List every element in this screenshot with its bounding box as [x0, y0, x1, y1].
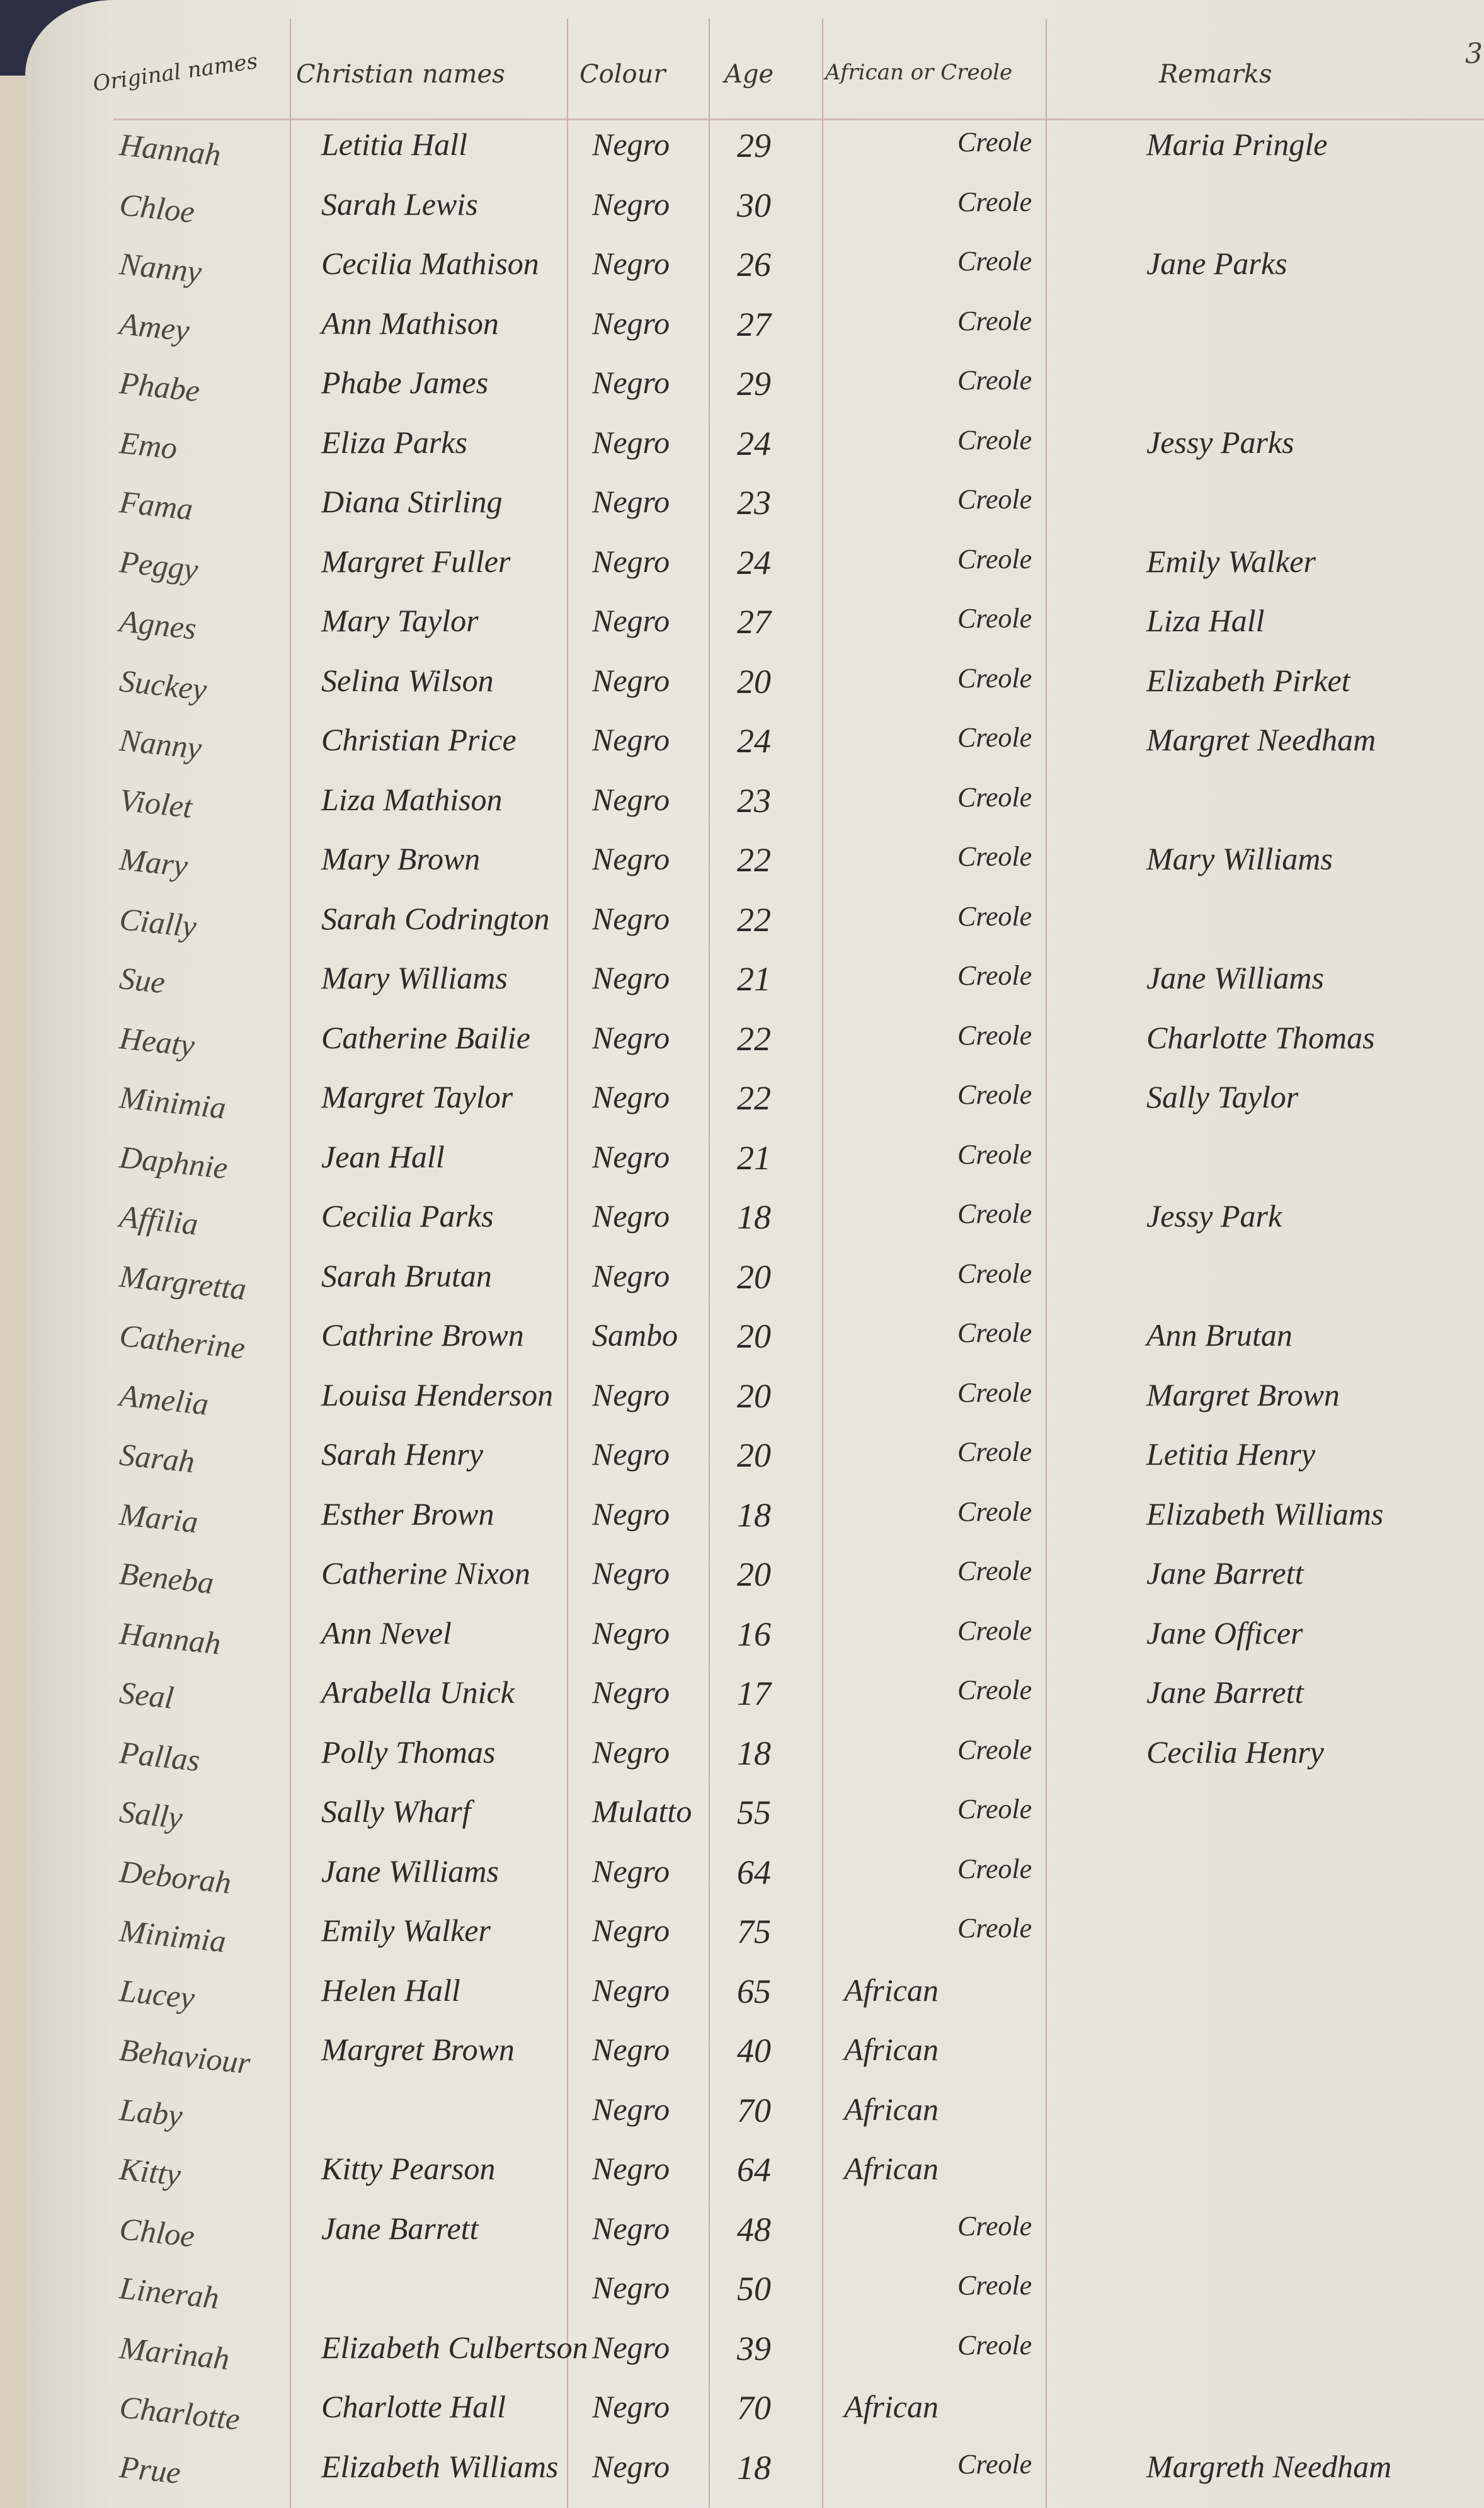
colour-cell: Negro	[592, 1972, 670, 2008]
age-cell: 17	[737, 1674, 771, 1713]
colour-cell: Negro	[592, 959, 670, 996]
age-cell: 50	[737, 2269, 771, 2308]
original-name-cell: Nanny	[118, 721, 203, 766]
age-cell: 22	[737, 840, 771, 879]
colour-cell: Negro	[592, 1436, 670, 1472]
colour-cell: Negro	[592, 1138, 670, 1175]
table-row: FamaDiana StirlingNegro23Creole	[25, 483, 1484, 532]
age-cell: 20	[737, 662, 771, 701]
table-row: PallasPolly ThomasNegro18CreoleCecilia H…	[25, 1734, 1484, 1783]
original-name-cell: Sally	[118, 1793, 184, 1836]
original-name-cell: Hannah	[118, 1615, 222, 1662]
african-or-creole-cell: African	[844, 2091, 939, 2127]
christian-name-cell: Catherine Bailie	[321, 1019, 530, 1056]
table-row: LinerahNegro50Creole	[25, 2269, 1484, 2318]
table-row: AffiliaCecilia ParksNegro18CreoleJessy P…	[25, 1198, 1484, 1247]
table-row: AgnesMary TaylorNegro27CreoleLiza Hall	[25, 602, 1484, 651]
african-or-creole-cell: Creole	[957, 1496, 1032, 1528]
christian-name-cell: Diana Stirling	[321, 483, 503, 520]
african-or-creole-cell: Creole	[957, 1317, 1032, 1349]
original-name-cell: Amey	[118, 305, 191, 348]
original-name-cell: Kitty	[118, 2150, 183, 2193]
age-cell: 18	[737, 1496, 771, 1535]
colour-cell: Negro	[592, 2269, 670, 2306]
african-or-creole-cell: Creole	[957, 1793, 1032, 1825]
african-or-creole-cell: Creole	[957, 1257, 1032, 1290]
remark-cell: Jane Williams	[1146, 959, 1324, 996]
colour-cell: Negro	[592, 1019, 670, 1056]
original-name-cell: Sue	[118, 959, 167, 1000]
colour-cell: Negro	[592, 1853, 670, 1889]
age-cell: 65	[737, 1972, 771, 2011]
remark-cell: Ann Brutan	[1146, 1317, 1293, 1353]
table-row: DaphnieJean HallNegro21Creole	[25, 1138, 1484, 1188]
age-cell: 20	[737, 1257, 771, 1297]
table-row: MargrettaSarah BrutanNegro20Creole	[25, 1257, 1484, 1307]
age-cell: 18	[737, 1734, 771, 1773]
colour-cell: Negro	[592, 305, 670, 341]
table-row: DeborahJane WilliamsNegro64Creole	[25, 1853, 1484, 1902]
christian-name-cell: Esther Brown	[321, 1496, 494, 1532]
christian-name-cell: Sally Wharf	[321, 1793, 471, 1829]
african-or-creole-cell: African	[844, 2388, 939, 2425]
ledger-page: 3 Original names Christian names Colour …	[25, 0, 1484, 2508]
african-or-creole-cell: Creole	[957, 1019, 1032, 1051]
remark-cell: Jane Barrett	[1146, 1674, 1303, 1710]
african-or-creole-cell: Creole	[957, 2448, 1032, 2480]
table-row: SallySally WharfMulatto55Creole	[25, 1793, 1484, 1842]
original-name-cell: Hannah	[118, 126, 222, 173]
african-or-creole-cell: Creole	[957, 602, 1032, 634]
original-name-cell: Marinah	[118, 2329, 231, 2377]
colour-cell: Negro	[592, 424, 670, 461]
table-row: HeatyCatherine BailieNegro22CreoleCharlo…	[25, 1019, 1484, 1068]
table-row: LuceyHelen HallNegro65African	[25, 1972, 1484, 2021]
original-name-cell: Mary	[118, 840, 190, 884]
original-name-cell: Fama	[118, 483, 195, 527]
age-cell: 23	[737, 483, 771, 522]
original-name-cell: Maria	[118, 1496, 200, 1540]
christian-name-cell: Mary Williams	[321, 959, 508, 996]
age-cell: 20	[737, 1436, 771, 1475]
colour-cell: Negro	[592, 364, 670, 401]
original-name-cell: Amelia	[118, 1377, 210, 1422]
original-name-cell: Beneba	[118, 1555, 215, 1601]
age-cell: 55	[737, 1793, 771, 1832]
age-cell: 20	[737, 1555, 771, 1594]
colour-cell: Negro	[592, 1912, 670, 1949]
age-cell: 26	[737, 245, 771, 284]
christian-name-cell: Jane Williams	[321, 1853, 499, 1889]
african-or-creole-cell: Creole	[957, 840, 1032, 873]
christian-name-cell: Helen Hall	[321, 1972, 460, 2008]
christian-name-cell: Sarah Henry	[321, 1436, 483, 1472]
header-colour: Colour	[579, 60, 665, 117]
remark-cell: Cecilia Henry	[1146, 1734, 1324, 1770]
original-name-cell: Suckey	[118, 662, 208, 707]
header-christian-names: Christian names	[296, 60, 505, 117]
age-cell: 40	[737, 2031, 771, 2070]
original-name-cell: Peggy	[118, 543, 200, 588]
table-row: PhabePhabe JamesNegro29Creole	[25, 364, 1484, 413]
table-row: HannahAnn NevelNegro16CreoleJane Officer	[25, 1615, 1484, 1664]
christian-name-cell: Selina Wilson	[321, 662, 494, 699]
remark-cell: Letitia Henry	[1146, 1436, 1315, 1472]
christian-name-cell: Phabe James	[321, 364, 488, 401]
original-name-cell: Charlotte	[118, 2388, 242, 2437]
christian-name-cell: Sarah Lewis	[321, 186, 478, 222]
original-name-cell: Prue	[118, 2448, 183, 2491]
colour-cell: Negro	[592, 543, 670, 580]
original-name-cell: Phabe	[118, 364, 202, 409]
original-name-cell: Chloe	[118, 186, 197, 230]
christian-name-cell: Sarah Codrington	[321, 900, 550, 937]
table-row: CharlotteCharlotte HallNegro70African	[25, 2388, 1484, 2437]
table-row: PrueElizabeth WilliamsNegro18CreoleMargr…	[25, 2448, 1484, 2497]
colour-cell: Negro	[592, 1496, 670, 1532]
age-cell: 27	[737, 305, 771, 344]
table-row: HannahLetitia HallNegro29CreoleMaria Pri…	[25, 126, 1484, 175]
original-name-cell: Emo	[118, 424, 179, 466]
table-row: CatherineCathrine BrownSambo20CreoleAnn …	[25, 1317, 1484, 1366]
table-row: AmeliaLouisa HendersonNegro20CreoleMargr…	[25, 1377, 1484, 1426]
christian-name-cell: Mary Taylor	[321, 602, 479, 639]
colour-cell: Negro	[592, 1555, 670, 1591]
colour-cell: Negro	[592, 602, 670, 639]
remark-cell: Maria Pringle	[1146, 126, 1327, 163]
original-name-cell: Deborah	[118, 1853, 233, 1901]
table-row: SuckeySelina WilsonNegro20CreoleElizabet…	[25, 662, 1484, 711]
christian-name-cell: Cecilia Parks	[321, 1198, 494, 1234]
table-row: ChloeSarah LewisNegro30Creole	[25, 186, 1484, 235]
african-or-creole-cell: Creole	[957, 1674, 1032, 1706]
table-row: AmeyAnn MathisonNegro27Creole	[25, 305, 1484, 354]
table-row: MinimiaEmily WalkerNegro75Creole	[25, 1912, 1484, 1961]
christian-name-cell: Margret Fuller	[321, 543, 510, 580]
original-name-cell: Nanny	[118, 245, 203, 290]
age-cell: 70	[737, 2091, 771, 2130]
age-cell: 22	[737, 1019, 771, 1058]
header-age: Age	[724, 60, 773, 117]
remark-cell: Jane Barrett	[1146, 1555, 1303, 1591]
table-row: BenebaCatherine NixonNegro20CreoleJane B…	[25, 1555, 1484, 1604]
age-cell: 27	[737, 602, 771, 641]
african-or-creole-cell: Creole	[957, 1079, 1032, 1111]
original-name-cell: Minimia	[118, 1912, 228, 1959]
african-or-creole-cell: Creole	[957, 543, 1032, 575]
original-name-cell: Heaty	[118, 1019, 197, 1063]
african-or-creole-cell: African	[844, 2031, 939, 2068]
header-remarks: Remarks	[1159, 60, 1272, 117]
original-name-cell: Minimia	[118, 1079, 228, 1126]
african-or-creole-cell: Creole	[957, 1555, 1032, 1587]
christian-name-cell: Letitia Hall	[321, 126, 467, 163]
colour-cell: Negro	[592, 2210, 670, 2247]
original-name-cell: Cially	[118, 900, 198, 944]
christian-name-cell: Margret Brown	[321, 2031, 515, 2068]
remark-cell: Sally Taylor	[1146, 1079, 1298, 1115]
colour-cell: Negro	[592, 900, 670, 937]
age-cell: 24	[737, 543, 771, 582]
christian-name-cell: Ann Mathison	[321, 305, 499, 341]
age-cell: 29	[737, 364, 771, 403]
colour-cell: Negro	[592, 1377, 670, 1413]
african-or-creole-cell: Creole	[957, 2329, 1032, 2361]
african-or-creole-cell: Creole	[957, 2269, 1032, 2301]
african-or-creole-cell: Creole	[957, 305, 1032, 337]
age-cell: 18	[737, 2448, 771, 2487]
remark-cell: Emily Walker	[1146, 543, 1316, 580]
christian-name-cell: Emily Walker	[321, 1912, 491, 1949]
original-name-cell: Violet	[118, 781, 194, 825]
table-row: MariaEsther BrownNegro18CreoleElizabeth …	[25, 1496, 1484, 1545]
christian-name-cell: Sarah Brutan	[321, 1257, 492, 1294]
colour-cell: Negro	[592, 186, 670, 222]
table-row: ChloeJane BarrettNegro48Creole	[25, 2210, 1484, 2259]
header-original-names: Original names	[91, 49, 263, 128]
colour-cell: Negro	[592, 2388, 670, 2425]
age-cell: 30	[737, 186, 771, 225]
age-cell: 22	[737, 1079, 771, 1118]
age-cell: 20	[737, 1317, 771, 1356]
colour-cell: Mulatto	[592, 1793, 692, 1829]
colour-cell: Negro	[592, 840, 670, 877]
remark-cell: Charlotte Thomas	[1146, 1019, 1375, 1056]
remark-cell: Jane Officer	[1146, 1615, 1303, 1651]
african-or-creole-cell: Creole	[957, 126, 1032, 158]
age-cell: 64	[737, 2150, 771, 2189]
african-or-creole-cell: Creole	[957, 781, 1032, 813]
header-african-or-creole: African or Creole	[825, 60, 1012, 117]
age-cell: 24	[737, 721, 771, 760]
christian-name-cell: Elizabeth Williams	[321, 2448, 558, 2485]
table-row: PeggyMargret FullerNegro24CreoleEmily Wa…	[25, 543, 1484, 592]
colour-cell: Negro	[592, 2150, 670, 2187]
remark-cell: Margret Needham	[1146, 721, 1376, 758]
christian-name-cell: Charlotte Hall	[321, 2388, 506, 2425]
original-name-cell: Laby	[118, 2091, 185, 2134]
christian-name-cell: Polly Thomas	[321, 1734, 495, 1770]
remark-cell: Margret Brown	[1146, 1377, 1340, 1413]
colour-cell: Negro	[592, 1257, 670, 1294]
age-cell: 24	[737, 424, 771, 463]
african-or-creole-cell: Creole	[957, 662, 1032, 694]
christian-name-cell: Margret Taylor	[321, 1079, 513, 1115]
christian-name-cell: Jane Barrett	[321, 2210, 478, 2247]
african-or-creole-cell: African	[844, 1972, 939, 2008]
christian-name-cell: Jean Hall	[321, 1138, 445, 1175]
african-or-creole-cell: Creole	[957, 483, 1032, 515]
christian-name-cell: Liza Mathison	[321, 781, 503, 818]
age-cell: 75	[737, 1912, 771, 1951]
original-name-cell: Daphnie	[118, 1138, 229, 1186]
colour-cell: Negro	[592, 483, 670, 520]
original-name-cell: Margretta	[118, 1257, 248, 1307]
age-cell: 22	[737, 900, 771, 939]
age-cell: 64	[737, 1853, 771, 1892]
table-row: VioletLiza MathisonNegro23Creole	[25, 781, 1484, 830]
age-cell: 18	[737, 1198, 771, 1237]
african-or-creole-cell: Creole	[957, 900, 1032, 932]
african-or-creole-cell: Creole	[957, 1377, 1032, 1409]
christian-name-cell: Ann Nevel	[321, 1615, 452, 1651]
christian-name-cell: Arabella Unick	[321, 1674, 515, 1710]
remark-cell: Jessy Park	[1146, 1198, 1282, 1234]
colour-cell: Negro	[592, 2091, 670, 2127]
colour-cell: Negro	[592, 662, 670, 699]
remark-cell: Margreth Needham	[1146, 2448, 1391, 2485]
african-or-creole-cell: African	[844, 2150, 939, 2187]
original-name-cell: Linerah	[118, 2269, 221, 2316]
colour-cell: Negro	[592, 1198, 670, 1234]
age-cell: 39	[737, 2329, 771, 2368]
christian-name-cell: Kitty Pearson	[321, 2150, 495, 2187]
table-row: NannyChristian PriceNegro24CreoleMargret…	[25, 721, 1484, 770]
colour-cell: Negro	[592, 245, 670, 282]
african-or-creole-cell: Creole	[957, 424, 1032, 456]
african-or-creole-cell: Creole	[957, 1853, 1032, 1885]
table-row: LabyNegro70African	[25, 2091, 1484, 2140]
colour-cell: Negro	[592, 1079, 670, 1115]
original-name-cell: Catherine	[118, 1317, 247, 1366]
original-name-cell: Lucey	[118, 1972, 197, 2016]
african-or-creole-cell: Creole	[957, 1912, 1032, 1944]
original-name-cell: Behaviour	[118, 2031, 252, 2081]
age-cell: 21	[737, 959, 771, 999]
remark-cell: Mary Williams	[1146, 840, 1333, 877]
african-or-creole-cell: Creole	[957, 1734, 1032, 1766]
age-cell: 21	[737, 1138, 771, 1177]
african-or-creole-cell: Creole	[957, 1138, 1032, 1171]
age-cell: 23	[737, 781, 771, 820]
colour-cell: Negro	[592, 1615, 670, 1651]
colour-cell: Negro	[592, 2448, 670, 2485]
remark-cell: Elizabeth Pirket	[1146, 662, 1350, 699]
original-name-cell: Seal	[118, 1674, 176, 1716]
christian-name-cell: Catherine Nixon	[321, 1555, 530, 1591]
table-row: SarahSarah HenryNegro20CreoleLetitia Hen…	[25, 1436, 1484, 1485]
page-number: 3	[1465, 38, 1483, 70]
table-row: SealArabella UnickNegro17CreoleJane Barr…	[25, 1674, 1484, 1723]
table-row: NannyCecilia MathisonNegro26CreoleJane P…	[25, 245, 1484, 294]
age-cell: 48	[737, 2210, 771, 2249]
table-row: BehaviourMargret BrownNegro40African	[25, 2031, 1484, 2080]
christian-name-cell: Cathrine Brown	[321, 1317, 524, 1353]
african-or-creole-cell: Creole	[957, 1436, 1032, 1468]
remark-cell: Elizabeth Williams	[1146, 1496, 1383, 1532]
african-or-creole-cell: Creole	[957, 186, 1032, 218]
african-or-creole-cell: Creole	[957, 2210, 1032, 2242]
remark-cell: Liza Hall	[1146, 602, 1265, 639]
remark-cell: Jessy Parks	[1146, 424, 1294, 461]
remark-cell: Jane Parks	[1146, 245, 1287, 282]
african-or-creole-cell: Creole	[957, 364, 1032, 396]
colour-cell: Negro	[592, 781, 670, 818]
table-row: MinimiaMargret TaylorNegro22CreoleSally …	[25, 1079, 1484, 1128]
colour-cell: Negro	[592, 1734, 670, 1770]
african-or-creole-cell: Creole	[957, 1198, 1032, 1230]
colour-cell: Sambo	[592, 1317, 678, 1353]
table-row: SueMary WilliamsNegro21CreoleJane Willia…	[25, 959, 1484, 1009]
age-cell: 20	[737, 1377, 771, 1416]
colour-cell: Negro	[592, 1674, 670, 1710]
african-or-creole-cell: Creole	[957, 721, 1032, 753]
header-rule	[113, 118, 1484, 120]
table-row: MaryMary BrownNegro22CreoleMary Williams	[25, 840, 1484, 890]
christian-name-cell: Cecilia Mathison	[321, 245, 539, 282]
table-row: MarinahElizabeth CulbertsonNegro39Creole	[25, 2329, 1484, 2378]
table-row: CiallySarah CodringtonNegro22Creole	[25, 900, 1484, 949]
original-name-cell: Sarah	[118, 1436, 197, 1480]
colour-cell: Negro	[592, 721, 670, 758]
original-name-cell: Affilia	[118, 1198, 200, 1242]
table-row: KittyKitty PearsonNegro64African	[25, 2150, 1484, 2199]
original-name-cell: Chloe	[118, 2210, 197, 2254]
african-or-creole-cell: Creole	[957, 959, 1032, 992]
christian-name-cell: Eliza Parks	[321, 424, 467, 461]
christian-name-cell: Mary Brown	[321, 840, 480, 877]
christian-name-cell: Christian Price	[321, 721, 517, 758]
colour-cell: Negro	[592, 2031, 670, 2068]
table-row: EmoEliza ParksNegro24CreoleJessy Parks	[25, 424, 1484, 473]
original-name-cell: Pallas	[118, 1734, 202, 1778]
age-cell: 29	[737, 126, 771, 165]
african-or-creole-cell: Creole	[957, 1615, 1032, 1647]
age-cell: 70	[737, 2388, 771, 2427]
christian-name-cell: Elizabeth Culbertson	[321, 2329, 588, 2366]
african-or-creole-cell: Creole	[957, 245, 1032, 277]
colour-cell: Negro	[592, 126, 670, 163]
colour-cell: Negro	[592, 2329, 670, 2366]
age-cell: 16	[737, 1615, 771, 1654]
christian-name-cell: Louisa Henderson	[321, 1377, 553, 1413]
original-name-cell: Agnes	[118, 602, 198, 646]
